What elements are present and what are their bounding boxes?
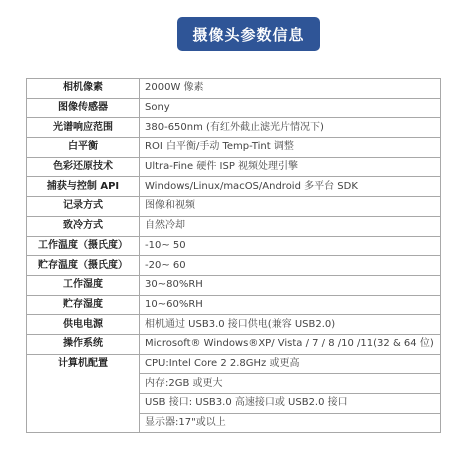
table-row: 工作湿度 30~80%RH (27, 275, 441, 295)
table-row: 贮存温度（摄氏度） -20~ 60 (27, 256, 441, 276)
spec-label: 相机像素 (27, 79, 140, 99)
spec-value: Sony (140, 98, 441, 118)
table-row: 致冷方式 自然冷却 (27, 216, 441, 236)
table-row: 相机像素 2000W 像素 (27, 79, 441, 99)
spec-label: 工作湿度 (27, 275, 140, 295)
spec-value: -20~ 60 (140, 256, 441, 276)
spec-value-memory: 内存:2GB 或更大 (140, 374, 441, 394)
table-row: 色彩还原技术 Ultra-Fine 硬件 ISP 视频处理引擎 (27, 157, 441, 177)
spec-value: -10~ 50 (140, 236, 441, 256)
spec-value: 30~80%RH (140, 275, 441, 295)
table-row: 图像传感器 Sony (27, 98, 441, 118)
spec-table: 相机像素 2000W 像素 图像传感器 Sony 光谱响应范围 380-650n… (26, 78, 441, 433)
spec-label: 致冷方式 (27, 216, 140, 236)
spec-label: 贮存温度（摄氏度） (27, 256, 140, 276)
spec-value-display: 显示器:17"或以上 (140, 413, 441, 433)
spec-label: 色彩还原技术 (27, 157, 140, 177)
spec-label: 操作系统 (27, 334, 140, 354)
spec-value: 2000W 像素 (140, 79, 441, 99)
spec-value: 380-650nm (有红外截止滤光片情况下) (140, 118, 441, 138)
spec-label: 贮存湿度 (27, 295, 140, 315)
spec-label: 白平衡 (27, 138, 140, 158)
spec-value: 图像和视频 (140, 197, 441, 217)
spec-label: 记录方式 (27, 197, 140, 217)
title-banner: 摄像头参数信息 (177, 17, 320, 51)
table-row: 操作系统 Microsoft® Windows®XP/ Vista / 7 / … (27, 334, 441, 354)
table-row: 白平衡 ROI 白平衡/手动 Temp-Tint 调整 (27, 138, 441, 158)
spec-label: 光谱响应范围 (27, 118, 140, 138)
spec-value: Microsoft® Windows®XP/ Vista / 7 / 8 /10… (140, 334, 441, 354)
spec-label: 工作温度（摄氏度） (27, 236, 140, 256)
spec-value: 10~60%RH (140, 295, 441, 315)
spec-value: Windows/Linux/macOS/Android 多平台 SDK (140, 177, 441, 197)
spec-value: 相机通过 USB3.0 接口供电(兼容 USB2.0) (140, 315, 441, 335)
table-row: 光谱响应范围 380-650nm (有红外截止滤光片情况下) (27, 118, 441, 138)
table-row: 计算机配置 CPU:Intel Core 2 2.8GHz 或更高 (27, 354, 441, 374)
table-row: 工作温度（摄氏度） -10~ 50 (27, 236, 441, 256)
spec-value: ROI 白平衡/手动 Temp-Tint 调整 (140, 138, 441, 158)
spec-value: Ultra-Fine 硬件 ISP 视频处理引擎 (140, 157, 441, 177)
spec-label: 捕获与控制 API (27, 177, 140, 197)
spec-value-cpu: CPU:Intel Core 2 2.8GHz 或更高 (140, 354, 441, 374)
spec-label: 图像传感器 (27, 98, 140, 118)
spec-value-usb: USB 接口: USB3.0 高速接口或 USB2.0 接口 (140, 394, 441, 414)
spec-value: 自然冷却 (140, 216, 441, 236)
table-row: 供电电源 相机通过 USB3.0 接口供电(兼容 USB2.0) (27, 315, 441, 335)
table-row: 捕获与控制 API Windows/Linux/macOS/Android 多平… (27, 177, 441, 197)
spec-label: 供电电源 (27, 315, 140, 335)
table-row: 贮存湿度 10~60%RH (27, 295, 441, 315)
spec-label-computer-config: 计算机配置 (27, 354, 140, 433)
table-row: 记录方式 图像和视频 (27, 197, 441, 217)
